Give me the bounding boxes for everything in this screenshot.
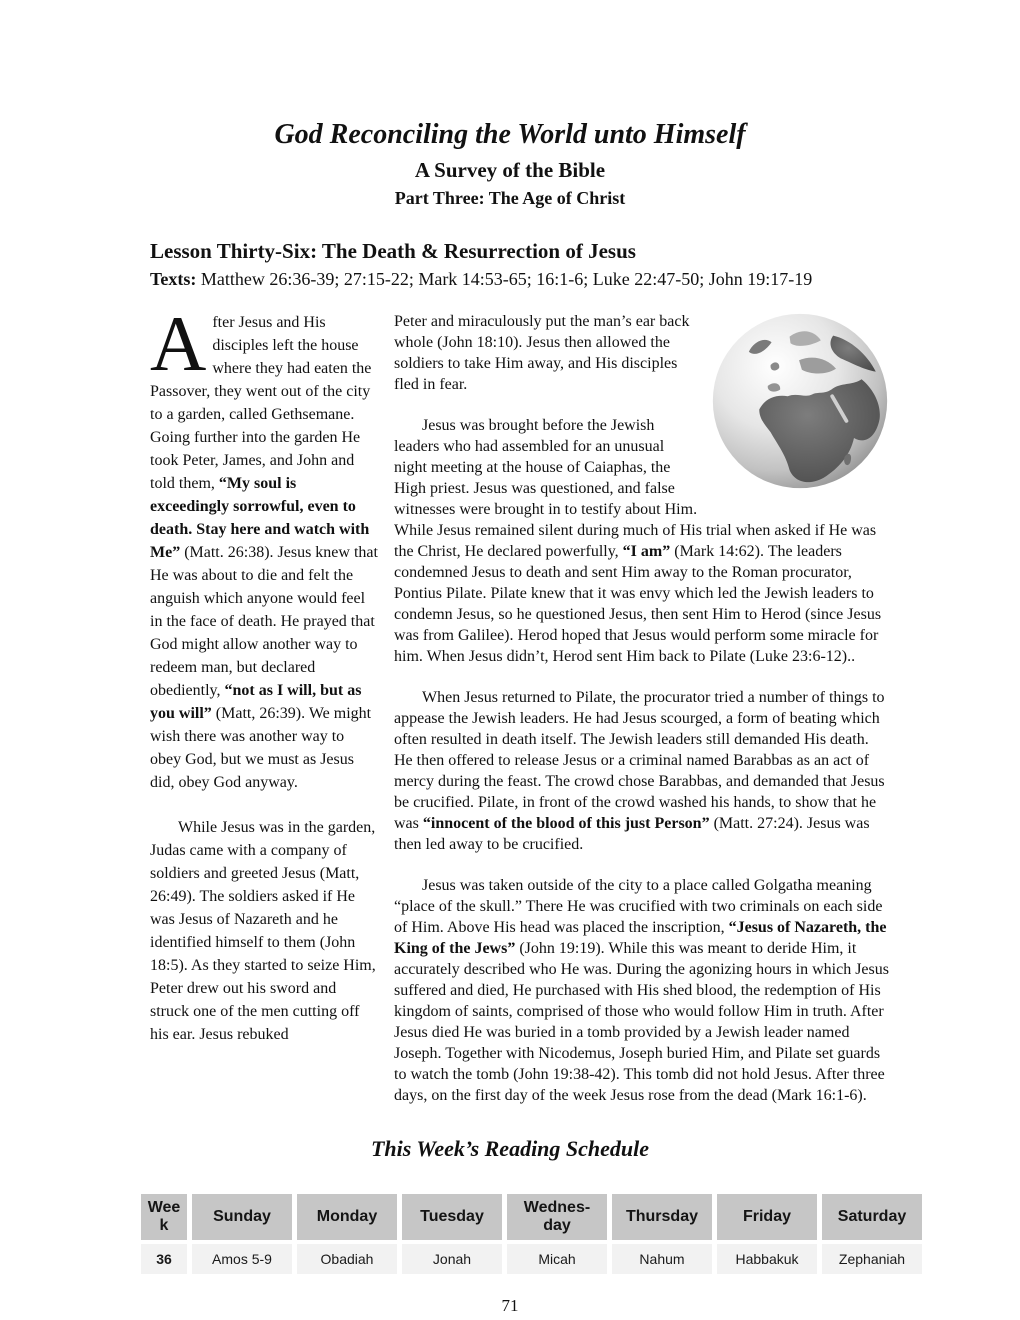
schedule-reading-friday: Habbakuk [717,1244,817,1274]
lesson-heading-block: Lesson Thirty-Six: The Death & Resurrect… [150,238,900,291]
paragraph: When Jesus returned to Pilate, the procu… [394,687,890,855]
schedule-reading-wednesday: Micah [507,1244,607,1274]
paragraph: Jesus was taken outside of the city to a… [394,875,890,1106]
paragraph: After Jesus and His disciples left the h… [150,311,378,794]
schedule-header-row: Week Sunday Monday Tuesday Wednes­day Th… [141,1194,922,1240]
schedule-reading-tuesday: Jonah [402,1244,502,1274]
lesson-title: Lesson Thirty-Six: The Death & Resurrect… [150,238,900,264]
right-column: Peter and miraculously put the man’s ear… [394,311,890,1126]
schedule-reading-saturday: Zephaniah [822,1244,922,1274]
document-page: God Reconciling the World unto Himself A… [0,0,1020,1320]
globe-image [710,311,890,491]
schedule-header-thursday: Thursday [612,1194,712,1240]
texts-label: Texts: [150,269,196,289]
schedule-reading-sunday: Amos 5-9 [192,1244,292,1274]
paragraph: While Jesus was in the garden, Judas cam… [150,816,378,1046]
schedule-header-tuesday: Tuesday [402,1194,502,1240]
schedule-header-friday: Friday [717,1194,817,1240]
page-number: 71 [0,1296,1020,1316]
texts-references: Matthew 26:36-39; 27:15-22; Mark 14:53-6… [196,269,812,289]
schedule-header-saturday: Saturday [822,1194,922,1240]
schedule-header-monday: Monday [297,1194,397,1240]
schedule-data-row: 36 Amos 5-9 Obadiah Jonah Micah Nahum Ha… [141,1244,922,1274]
left-column: After Jesus and His disciples left the h… [150,311,378,1068]
article-body: After Jesus and His disciples left the h… [150,311,890,1126]
schedule-header-wednesday: Wednes­day [507,1194,607,1240]
document-title: God Reconciling the World unto Himself [0,118,1020,152]
schedule-week-number: 36 [141,1244,187,1274]
schedule-reading-thursday: Nahum [612,1244,712,1274]
reading-schedule-table: Week Sunday Monday Tuesday Wednes­day Th… [136,1190,927,1278]
reading-schedule-heading: This Week’s Reading Schedule [0,1136,1020,1162]
document-part-heading: Part Three: The Age of Christ [0,186,1020,210]
paragraph-text: fter Jesus and His disciples left the ho… [150,314,378,791]
schedule-header-sunday: Sunday [192,1194,292,1240]
schedule-header-week: Week [141,1194,187,1240]
drop-cap: A [150,313,206,375]
lesson-texts-line: Texts: Matthew 26:36-39; 27:15-22; Mark … [150,267,900,291]
document-subtitle: A Survey of the Bible [0,156,1020,184]
schedule-reading-monday: Obadiah [297,1244,397,1274]
document-header: God Reconciling the World unto Himself A… [0,0,1020,210]
